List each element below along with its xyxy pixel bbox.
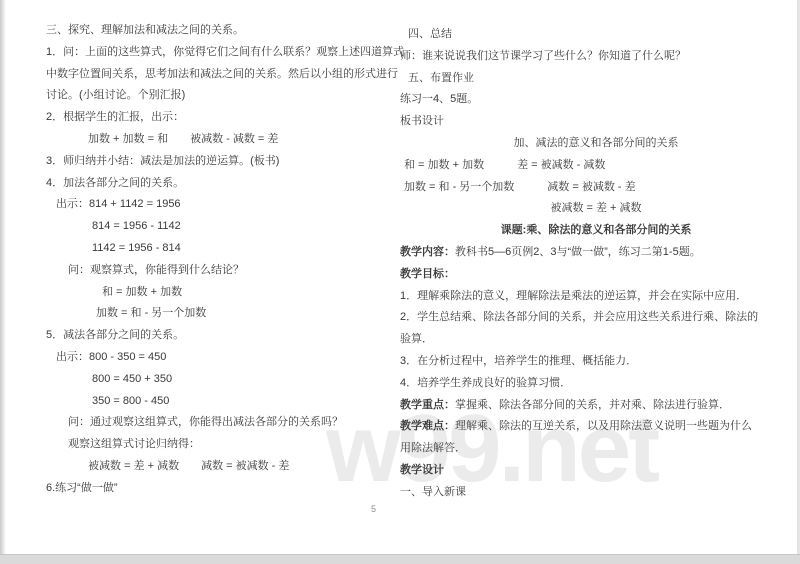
text-line: 用除法解答． — [400, 438, 792, 460]
text-line: 验算． — [400, 329, 792, 351]
left-edge-shadow — [0, 0, 6, 555]
text-line: 加、减法的意义和各部分间的关系 — [400, 133, 792, 155]
text-line: 加数 + 加数 = 和 被减数 - 减数 = 差 — [46, 129, 394, 151]
text-line: 板书设计 — [400, 111, 792, 133]
text-line: 出示：814 + 1142 = 1956 — [46, 194, 394, 216]
text-line: 4．加法各部分之间的关系。 — [46, 173, 394, 195]
text-line: 1．理解乘除法的意义，理解除法是乘法的逆运算，并会在实际中应用． — [400, 286, 792, 308]
text-line: 和 = 加数 + 加数 — [46, 282, 394, 304]
text-line: 3．师归纳并小结：减法是加法的逆运算。(板书) — [46, 151, 394, 173]
text-line: 6.练习“做一做” — [46, 478, 394, 500]
text-line: 1142 = 1956 - 814 — [46, 238, 394, 260]
text-line: 加数 = 和 - 另一个加数 — [46, 303, 394, 325]
text-line: 四、总结 — [400, 24, 792, 46]
bottom-edge-shadow — [0, 554, 800, 564]
text-line: 三、探究、理解加法和减法之间的关系。 — [46, 20, 394, 42]
line-label: 教学设计 — [400, 464, 444, 476]
line-label: 教学重点： — [400, 399, 455, 411]
text-line: 出示：800 - 350 = 450 — [46, 347, 394, 369]
right-column: 四、总结师：谁来说说我们这节课学习了些什么？你知道了什么呢？五、布置作业练习一4… — [400, 24, 792, 504]
text-line: 教学难点：理解乘、除法的互逆关系，以及用除法意义说明一些题为什么 — [400, 416, 792, 438]
text-line: 2．根据学生的汇报，出示： — [46, 107, 394, 129]
text-line: 练习一4、5题。 — [400, 89, 792, 111]
text-line: 教学重点：掌握乘、除法各部分间的关系，并对乘、除法进行验算． — [400, 395, 792, 417]
text-line: 师：谁来说说我们这节课学习了些什么？你知道了什么呢？ — [400, 46, 792, 68]
text-line: 和 = 加数 + 加数 差 = 被减数 - 减数 — [400, 155, 792, 177]
text-line: 被减数 = 差 + 减数 减数 = 被减数 - 差 — [46, 456, 394, 478]
left-column: 三、探究、理解加法和减法之间的关系。1．问：上面的这些算式，你觉得它们之间有什么… — [46, 20, 394, 500]
text-line: 教学目标： — [400, 264, 792, 286]
line-label: 教学难点： — [400, 420, 455, 432]
text-line: 加数 = 和 - 另一个加数 减数 = 被减数 - 差 — [400, 177, 792, 199]
text-line: 问：通过观察这组算式，你能得出减法各部分的关系吗？ — [46, 412, 394, 434]
text-line: 问：观察算式，你能得到什么结论？ — [46, 260, 394, 282]
text-line: 5．减法各部分之间的关系。 — [46, 325, 394, 347]
text-line: 1．问：上面的这些算式，你觉得它们之间有什么联系？观察上述四道算式 — [46, 42, 394, 64]
line-label: 教学内容： — [400, 246, 455, 258]
text-line: 课题:乘、除法的意义和各部分间的关系 — [400, 220, 792, 242]
line-label: 教学目标： — [400, 268, 455, 280]
text-line: 814 = 1956 - 1142 — [46, 216, 394, 238]
text-line: 被减数 = 差 + 减数 — [400, 198, 792, 220]
document-page: w99.net 三、探究、理解加法和减法之间的关系。1．问：上面的这些算式，你觉… — [0, 0, 800, 564]
text-line: 一、导入新课 — [400, 482, 792, 504]
text-line: 教学设计 — [400, 460, 792, 482]
text-line: 2．学生总结乘、除法各部分间的关系，并会应用这些关系进行乘、除法的 — [400, 307, 792, 329]
page-number: 5 — [371, 504, 376, 514]
text-line: 讨论。(小组讨论。个别汇报) — [46, 85, 394, 107]
text-line: 350 = 800 - 450 — [46, 391, 394, 413]
text-line: 800 = 450 + 350 — [46, 369, 394, 391]
text-line: 4．培养学生养成良好的验算习惯． — [400, 373, 792, 395]
text-line: 教学内容：教科书5—6页例2、3与“做一做”，练习二第1-5题。 — [400, 242, 792, 264]
text-line: 五、布置作业 — [400, 68, 792, 90]
text-line: 3．在分析过程中，培养学生的推理、概括能力． — [400, 351, 792, 373]
text-line: 中数字位置间关系，思考加法和减法之间的关系。然后以小组的形式进行 — [46, 64, 394, 86]
text-line: 观察这组算式讨论归纳得： — [46, 434, 394, 456]
